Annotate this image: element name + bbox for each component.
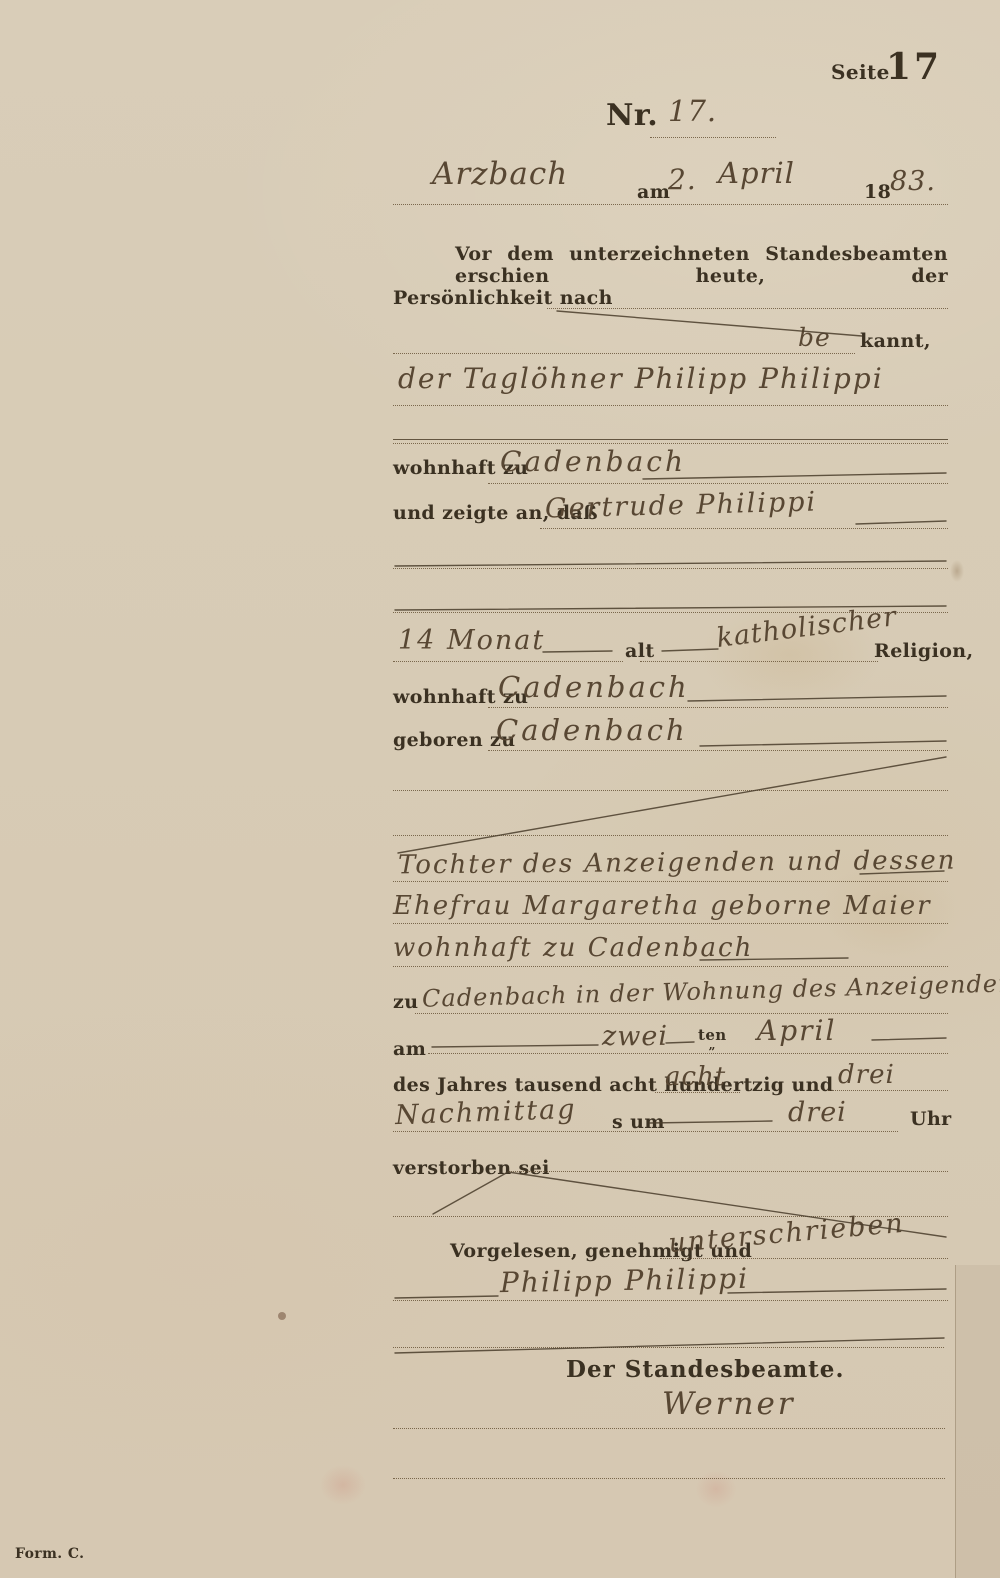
- daytime-hand: Nachmittag: [395, 1094, 578, 1131]
- family-line2: Ehefrau Margaretha geborne Maier: [393, 891, 932, 921]
- verstorben-label: verstorben sei: [393, 1157, 550, 1179]
- form-code: Form. C.: [15, 1546, 84, 1562]
- dateline-am-label: am: [637, 181, 670, 203]
- age-hand: 14 Monat: [398, 625, 545, 656]
- family-line3: wohnhaft zu Cadenbach: [393, 933, 753, 963]
- signature-official: Werner: [662, 1386, 796, 1422]
- paper-stain: [695, 1470, 737, 1508]
- wohnhaft-value-1: Cadenbach: [500, 445, 686, 478]
- zu-label: zu: [393, 991, 418, 1013]
- nr-label: Nr.: [606, 98, 658, 133]
- seite-label: Seite: [831, 60, 890, 84]
- religion-label: Religion,: [874, 640, 974, 662]
- religion-hand: katholischer: [715, 601, 899, 654]
- ten-label: ten„: [698, 1030, 727, 1049]
- family-line1: Tochter des Anzeigenden und dessen: [398, 846, 957, 881]
- am-label: am: [393, 1038, 426, 1060]
- year-hand-2: drei: [838, 1060, 895, 1090]
- s-um-label: s um: [612, 1111, 665, 1133]
- pen-strikes-overlay: [0, 0, 1000, 1578]
- hour-hand: drei: [788, 1097, 847, 1128]
- dateline-day: 2.: [668, 163, 697, 196]
- alt-label: alt: [625, 640, 655, 662]
- death-record-page: Seite 17 Nr. 17. Arzbach am 2. April 18 …: [0, 0, 1000, 1578]
- dateline-place: Arzbach: [432, 156, 568, 192]
- kannt-label: kannt,: [860, 330, 931, 352]
- ink-speck: [278, 1312, 286, 1320]
- official-label: Der Standesbeamte.: [566, 1356, 844, 1383]
- year-hand-1: acht: [665, 1062, 726, 1092]
- death-place: Cadenbach in der Wohnung des Anzeigenden: [422, 969, 1000, 1013]
- wohnhaft-value-2: Cadenbach: [498, 670, 690, 704]
- paper-stain: [320, 1465, 366, 1505]
- be-hand: be: [798, 323, 831, 352]
- dateline-year-printed: 18: [864, 181, 891, 203]
- dateline-year-written: 83.: [890, 166, 936, 197]
- geboren-value: Cadenbach: [496, 713, 688, 747]
- intro-line1: Vor dem unterzeichneten Standesbeamten e…: [455, 243, 948, 287]
- declarant-name: der Taglöhner Philipp Philippi: [398, 362, 884, 395]
- page-edge-shadow: [956, 1265, 1000, 1578]
- persoenlichkeit-label: Persönlichkeit nach: [393, 287, 613, 309]
- death-day: zwei: [602, 1021, 668, 1052]
- uhr-label: Uhr: [910, 1108, 952, 1130]
- deceased-name: Gertrude Philippi: [545, 486, 818, 524]
- year-printed-2: zig und: [752, 1074, 834, 1096]
- paper-stain: [950, 560, 964, 582]
- signature-declarant: Philipp Philippi: [500, 1262, 750, 1299]
- death-month: April: [757, 1014, 836, 1047]
- dateline-month: April: [718, 156, 795, 190]
- page-number: 17: [886, 46, 942, 88]
- page-edge: [955, 1265, 956, 1578]
- nr-value: 17.: [668, 94, 717, 128]
